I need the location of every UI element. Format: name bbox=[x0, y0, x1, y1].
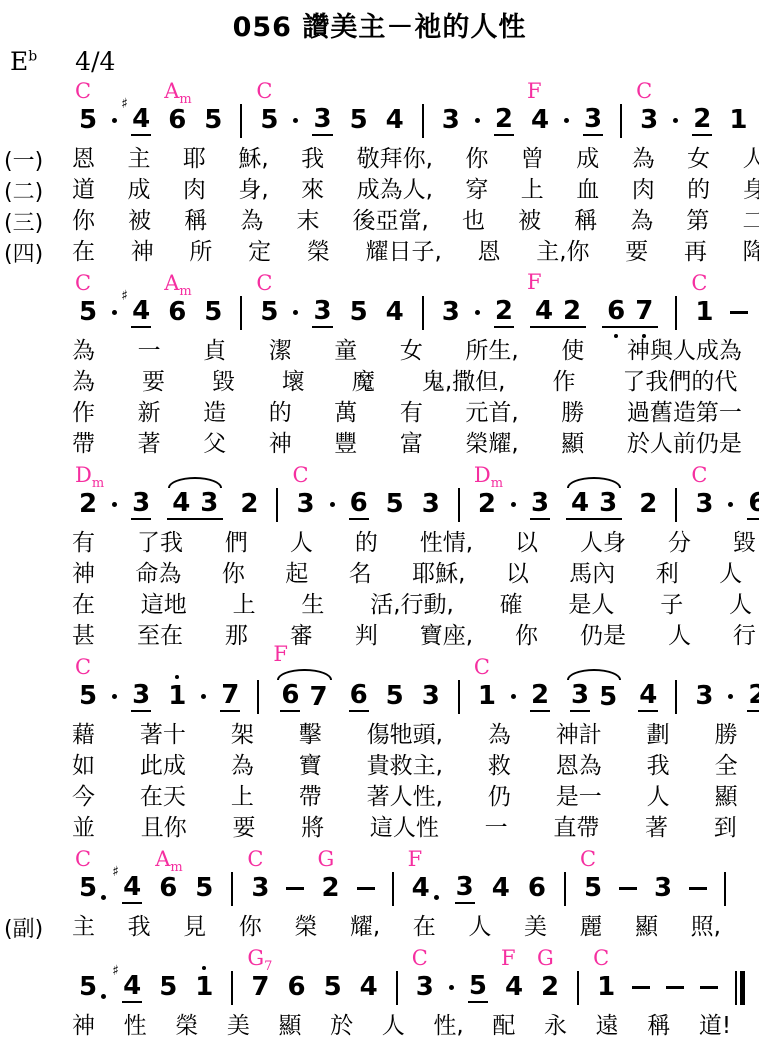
note: 5 bbox=[385, 491, 405, 519]
lyric-syllable: 神 bbox=[269, 433, 292, 456]
lyric-syllable: 神計 bbox=[556, 724, 602, 747]
lyric-syllable: 人 bbox=[468, 916, 491, 939]
chord-subscript: 7 bbox=[264, 959, 272, 974]
chord-label: C bbox=[580, 849, 596, 870]
note: ♯4 bbox=[122, 874, 142, 904]
note-group: 43 bbox=[167, 490, 223, 520]
note: 4 bbox=[638, 682, 658, 712]
note: 5 bbox=[349, 107, 369, 135]
barline bbox=[724, 872, 726, 906]
note-number: 3 bbox=[421, 491, 441, 519]
systems-container: 5C♯46Am55C354324F33C21(一)恩主耶穌,我敬拜你,你曾成為女… bbox=[70, 78, 759, 1042]
lyric-syllable: 毀 bbox=[212, 371, 235, 394]
note-number: 6 bbox=[349, 682, 369, 710]
note-number: 6 bbox=[527, 875, 547, 903]
lyrics-block: 為一貞潔童女所生,使神與人成為一。為要毀壞魔鬼,撒但,作了我們的代替。作新造的萬… bbox=[70, 336, 759, 460]
note: ♯4 bbox=[131, 298, 151, 328]
duration-dot bbox=[293, 310, 298, 315]
chord-label: C bbox=[75, 273, 91, 294]
lyric-line: 並且你要將這人性一直帶著到永遠。 bbox=[70, 813, 759, 844]
lyric-syllable: 擊 bbox=[299, 724, 322, 747]
lyric-syllable: 成 bbox=[576, 148, 599, 171]
duration-dot bbox=[564, 118, 569, 123]
lyric-line: 神性榮美顯於人性,配永遠稱道! bbox=[70, 1011, 745, 1042]
chord-label: C bbox=[593, 948, 609, 969]
lyric-syllable: 榮 bbox=[294, 916, 317, 939]
chord-label: C bbox=[75, 81, 91, 102]
note: 6 bbox=[527, 875, 547, 903]
chord-label: F bbox=[527, 81, 542, 102]
lyric-syllable: 為 bbox=[488, 724, 511, 747]
note-number: 3 bbox=[694, 491, 714, 519]
lyric-syllable: 道! bbox=[699, 1015, 731, 1038]
lyric-syllable: 主,你 bbox=[536, 241, 589, 264]
note-number: 6 bbox=[167, 299, 187, 327]
note-number: 3 bbox=[131, 490, 151, 518]
note-number: 4 bbox=[131, 298, 151, 326]
dash-hold bbox=[357, 887, 375, 890]
music-system: 5C31767F6531C2354321藉著十架擊傷牠頭,為神計劃勝利得。如此成… bbox=[70, 654, 759, 844]
note-number: 5 bbox=[203, 299, 223, 327]
lyric-syllable: 利 bbox=[656, 563, 679, 586]
note: 4 bbox=[359, 974, 379, 1002]
note: 3 bbox=[421, 491, 441, 519]
lyric-syllable: 稱 bbox=[574, 210, 597, 233]
time-signature: 4/4 bbox=[75, 47, 115, 76]
chord-label: G bbox=[317, 849, 334, 870]
lyric-syllable: 子 bbox=[660, 594, 683, 617]
lyrics-block: (副)主我見你榮耀,在人美麗顯照, bbox=[70, 912, 735, 943]
lyric-syllable: 耀日子, bbox=[366, 241, 442, 264]
music-system: 5C♯46Am55C354324F33C21(一)恩主耶穌,我敬拜你,你曾成為女… bbox=[70, 78, 759, 268]
note-number: 4 bbox=[504, 974, 524, 1002]
lyric-syllable: 末 bbox=[296, 210, 319, 233]
note: 5 bbox=[78, 974, 106, 1002]
notation-row: 2Dm34323C6532Dm34323C65 bbox=[70, 485, 759, 525]
lyric-syllable: 上 bbox=[231, 786, 254, 809]
note: 3 bbox=[441, 107, 461, 135]
chord-subscript: m bbox=[92, 476, 104, 491]
lyric-syllable: 帶 bbox=[72, 433, 95, 456]
lyric-syllable: 你 bbox=[465, 148, 488, 171]
lyric-line: 在這地上生活,行動,確是人子人共見; bbox=[70, 590, 759, 621]
note: 5 bbox=[158, 974, 178, 1002]
lyric-syllable: 有 bbox=[72, 532, 95, 555]
note-number: 4 bbox=[638, 682, 658, 710]
duration-dot bbox=[112, 502, 117, 507]
notation-row: 5♯4517G76543C54F2G1C bbox=[70, 968, 745, 1008]
note-number: 1 bbox=[167, 683, 187, 711]
barline bbox=[231, 872, 233, 906]
verse-label: (副) bbox=[4, 912, 43, 943]
note-number: 2 bbox=[530, 682, 550, 710]
lyric-syllable: 顯 bbox=[635, 916, 658, 939]
lyric-syllable: 顯 bbox=[715, 786, 738, 809]
lyric-syllable: 上 bbox=[521, 179, 544, 202]
note: 4 bbox=[385, 299, 405, 327]
note-group: 67 bbox=[602, 298, 658, 328]
barline bbox=[675, 296, 677, 330]
note: 3 bbox=[570, 682, 590, 712]
chord-label: C bbox=[691, 273, 707, 294]
note: 3 bbox=[694, 683, 714, 711]
barline bbox=[240, 104, 242, 138]
note-number: 5 bbox=[385, 491, 405, 519]
note-number: 5 bbox=[158, 974, 178, 1002]
barline bbox=[276, 488, 278, 522]
note: 5C bbox=[583, 875, 603, 903]
augmentation-dot bbox=[434, 895, 439, 900]
lyric-syllable: 們 bbox=[225, 532, 248, 555]
lyric-syllable: 美 bbox=[524, 916, 547, 939]
lyric-syllable: 過舊造第一 bbox=[627, 402, 742, 425]
lyric-syllable: 那 bbox=[225, 625, 248, 648]
note-number: 3 bbox=[653, 875, 673, 903]
note-number: 5 bbox=[194, 875, 214, 903]
lyric-syllable: 使 bbox=[561, 340, 584, 363]
lyric-syllable: 神 bbox=[72, 1015, 95, 1038]
note: 3 bbox=[455, 874, 475, 904]
lyric-syllable: 人 bbox=[290, 532, 313, 555]
duration-dot bbox=[201, 694, 206, 699]
note: 2 bbox=[494, 298, 514, 328]
lyric-syllable: 至在 bbox=[137, 625, 183, 648]
lyric-syllable: 成 bbox=[127, 179, 150, 202]
sharp-icon: ♯ bbox=[112, 865, 119, 879]
lyric-syllable: 神與人成為 bbox=[627, 340, 742, 363]
augmentation-dot bbox=[101, 994, 106, 999]
lyric-syllable: 要 bbox=[625, 241, 648, 264]
note-number: 3 bbox=[598, 490, 618, 518]
lyric-syllable: 為 bbox=[630, 210, 653, 233]
chord-label: C bbox=[636, 81, 652, 102]
lyric-syllable: 確 bbox=[500, 594, 523, 617]
note-number: 6 bbox=[349, 490, 369, 518]
lyric-syllable: 著人性, bbox=[367, 786, 443, 809]
lyric-syllable: 毀 bbox=[733, 532, 756, 555]
lyric-syllable: 萬 bbox=[334, 402, 357, 425]
note: 4F bbox=[530, 107, 550, 135]
lyric-syllable: 血 bbox=[576, 179, 599, 202]
lyric-syllable: 要 bbox=[142, 371, 165, 394]
note-number: 5 bbox=[468, 973, 488, 1001]
lyric-syllable: 性 bbox=[124, 1015, 147, 1038]
lyric-syllable: 元首, bbox=[465, 402, 518, 425]
lyric-syllable: 肉 bbox=[183, 179, 206, 202]
note: 3 bbox=[131, 682, 151, 712]
note: 2G bbox=[540, 974, 560, 1002]
lyric-syllable: 恩 bbox=[72, 148, 95, 171]
note-number: 5 bbox=[78, 974, 98, 1002]
lyric-syllable: 今 bbox=[72, 786, 95, 809]
augmentation-dot bbox=[101, 895, 106, 900]
lyric-syllable: 我 bbox=[128, 916, 151, 939]
lyric-syllable: 富 bbox=[400, 433, 423, 456]
note-number: 1 bbox=[194, 974, 214, 1002]
lyric-syllable: 為 bbox=[240, 210, 263, 233]
key-signature: Eb bbox=[10, 47, 37, 76]
lyric-syllable: 榮 bbox=[175, 1015, 198, 1038]
note-number: 3 bbox=[199, 490, 219, 518]
lyric-syllable: 傷牠頭, bbox=[367, 724, 443, 747]
note-number: 7 bbox=[308, 684, 328, 712]
note-number: 6 bbox=[747, 490, 759, 518]
note-number: 5 bbox=[259, 299, 279, 327]
note: 3 bbox=[530, 490, 550, 520]
lyric-syllable: 作 bbox=[72, 402, 95, 425]
lyric-syllable: 遠 bbox=[596, 1015, 619, 1038]
barline bbox=[458, 680, 460, 714]
lyric-syllable: 審 bbox=[290, 625, 313, 648]
note: 5C bbox=[259, 299, 279, 327]
lyric-syllable: 人 bbox=[719, 563, 742, 586]
note-number: 5 bbox=[385, 683, 405, 711]
barline bbox=[422, 104, 424, 138]
lyric-line: 作新造的萬有元首,勝過舊造第一人。 bbox=[70, 398, 759, 429]
note-number: 3 bbox=[694, 683, 714, 711]
note: 1 bbox=[194, 974, 214, 1002]
note-number: 2 bbox=[692, 106, 712, 134]
note: 3 bbox=[312, 106, 332, 136]
lyric-syllable: 作 bbox=[552, 371, 575, 394]
chord-label: F bbox=[273, 644, 288, 665]
note: 2Dm bbox=[78, 491, 98, 519]
note: 6Am bbox=[167, 299, 187, 327]
duration-dot bbox=[475, 310, 480, 315]
chord-label: G bbox=[537, 948, 554, 969]
lyric-syllable: 降臨; bbox=[743, 241, 759, 264]
note-number: 3 bbox=[312, 106, 332, 134]
lyric-syllable: 顯 bbox=[279, 1015, 302, 1038]
note-number: 7 bbox=[634, 298, 654, 326]
note: 3C bbox=[250, 875, 270, 903]
lyric-syllable: 性情, bbox=[420, 532, 473, 555]
lyric-syllable: 美 bbox=[227, 1015, 250, 1038]
barline bbox=[240, 296, 242, 330]
note: 2 bbox=[494, 106, 514, 136]
lyric-line: (四)在神所定榮耀日子,恩主,你要再降臨; bbox=[70, 237, 759, 268]
note-number: 3 bbox=[639, 107, 659, 135]
note-number: 4 bbox=[385, 107, 405, 135]
note-number: 3 bbox=[530, 490, 550, 518]
note-number: 6 bbox=[286, 974, 306, 1002]
lyrics-block: 有了我們人的性情,以人身分毀古蛇;神命為你起名耶穌,以馬內利人竟稱。在這地上生活… bbox=[70, 528, 759, 652]
music-system: 2Dm34323C6532Dm34323C65有了我們人的性情,以人身分毀古蛇;… bbox=[70, 462, 759, 652]
lyric-syllable: 為 bbox=[72, 371, 95, 394]
note-number: 2 bbox=[320, 875, 340, 903]
note-number: 5 bbox=[78, 107, 98, 135]
chord-label: Dm bbox=[474, 465, 503, 486]
lyric-syllable: 恩 bbox=[478, 241, 501, 264]
note: ♯4 bbox=[131, 106, 151, 136]
lyric-syllable: 救 bbox=[488, 755, 511, 778]
lyric-syllable: 再 bbox=[684, 241, 707, 264]
lyric-line: 如此成為寶貴救主,救恩為我全作成。 bbox=[70, 751, 759, 782]
note-number: 5 bbox=[323, 974, 343, 1002]
lyric-syllable: 並 bbox=[72, 817, 95, 840]
lyrics-block: 神性榮美顯於人性,配永遠稱道! bbox=[70, 1011, 745, 1042]
lyric-syllable: 貴救主, bbox=[367, 755, 443, 778]
lyric-syllable: 全 bbox=[715, 755, 738, 778]
chord-label: Am bbox=[155, 849, 183, 870]
note: 1C bbox=[477, 683, 497, 711]
note: 1C bbox=[596, 974, 616, 1002]
chord-label: C bbox=[75, 657, 91, 678]
duration-dot bbox=[112, 118, 117, 123]
lyric-line: 甚至在那審判寶座,你仍是人行審判; bbox=[70, 621, 759, 652]
chord-label: C bbox=[256, 81, 272, 102]
lyric-syllable: 勝 bbox=[561, 402, 584, 425]
lyric-syllable: 來 bbox=[301, 179, 324, 202]
lyric-syllable: 曾 bbox=[521, 148, 544, 171]
note: 3 bbox=[598, 490, 618, 518]
lyric-syllable: 被 bbox=[518, 210, 541, 233]
duration-dot bbox=[475, 118, 480, 123]
note-number: 2 bbox=[540, 974, 560, 1002]
note: 6Am bbox=[158, 875, 178, 903]
lyric-syllable: 稱 bbox=[184, 210, 207, 233]
lyrics-block: 藉著十架擊傷牠頭,為神計劃勝利得。如此成為寶貴救主,救恩為我全作成。今在天上帶著… bbox=[70, 720, 759, 844]
lyric-line: (三)你被稱為末後亞當,也被稱為第二人; bbox=[70, 206, 759, 237]
note-number: 5 bbox=[78, 875, 98, 903]
note: 6 bbox=[747, 490, 759, 520]
final-barline-thick bbox=[740, 971, 745, 1005]
barline bbox=[675, 488, 677, 522]
lyric-syllable: 將 bbox=[301, 817, 324, 840]
lyric-line: 為要毀壞魔鬼,撒但,作了我們的代替。 bbox=[70, 367, 759, 398]
note-number: 5 bbox=[583, 875, 603, 903]
dash-hold bbox=[730, 311, 748, 314]
lyric-syllable: 魔 bbox=[352, 371, 375, 394]
chord-label: C bbox=[292, 465, 308, 486]
lyric-syllable: 於 bbox=[330, 1015, 353, 1038]
lyric-syllable: 人身 bbox=[580, 532, 626, 555]
chord-label: Am bbox=[164, 81, 192, 102]
lyric-syllable: 了我們的代 bbox=[622, 371, 737, 394]
note: 3 bbox=[312, 298, 332, 328]
note: 4F bbox=[504, 974, 524, 1002]
lyric-syllable: 為 bbox=[72, 340, 95, 363]
note-number: 3 bbox=[455, 874, 475, 902]
lyric-line: (二)道成肉身,來成為人,穿上血肉的身體; bbox=[70, 175, 759, 206]
barline bbox=[577, 971, 579, 1005]
music-system: 5♯4517G76543C54F2G1C神性榮美顯於人性,配永遠稱道! bbox=[70, 945, 745, 1042]
lyric-syllable: 起 bbox=[285, 563, 308, 586]
lyric-syllable: 第 bbox=[686, 210, 709, 233]
lyric-syllable: 穌, bbox=[238, 148, 268, 171]
chord-label: C bbox=[474, 657, 490, 678]
lyric-syllable: 你 bbox=[515, 625, 538, 648]
lyric-syllable: 的 bbox=[687, 179, 710, 202]
notation-row: 5C♯46Am55C3543242F671C bbox=[70, 293, 759, 333]
lyric-syllable: 照, bbox=[691, 916, 721, 939]
note: 1 bbox=[728, 107, 748, 135]
note: 6 bbox=[349, 682, 369, 712]
lyric-syllable: 定 bbox=[248, 241, 271, 264]
lyric-syllable: 父 bbox=[203, 433, 226, 456]
lyric-syllable: 稱 bbox=[647, 1015, 670, 1038]
chord-label: G7 bbox=[247, 948, 272, 969]
note: 3C bbox=[295, 491, 315, 519]
lyric-syllable: 到 bbox=[714, 817, 737, 840]
note-group: 67F bbox=[276, 682, 332, 712]
lyric-syllable: 分 bbox=[668, 532, 691, 555]
lyric-syllable: 二人; bbox=[743, 210, 759, 233]
note: 2 bbox=[530, 682, 550, 712]
note: 5C bbox=[78, 299, 98, 327]
verse-label: (一) bbox=[4, 144, 43, 175]
note-number: 2 bbox=[494, 106, 514, 134]
chord-label: Dm bbox=[75, 465, 104, 486]
chord-label: F bbox=[501, 948, 516, 969]
music-system: 5C♯46Am53C2G4F3465C3(副)主我見你榮耀,在人美麗顯照, bbox=[70, 846, 735, 943]
barline bbox=[231, 971, 233, 1005]
note-number: 3 bbox=[250, 875, 270, 903]
note-number: 5 bbox=[349, 107, 369, 135]
lyric-syllable: 在天 bbox=[140, 786, 186, 809]
duration-dot bbox=[330, 502, 335, 507]
note-number: 3 bbox=[583, 106, 603, 134]
note-number: 3 bbox=[570, 682, 590, 710]
lyric-syllable: 身體; bbox=[743, 179, 759, 202]
note-group: 43 bbox=[566, 490, 622, 520]
note-number: 4 bbox=[122, 973, 142, 1001]
lyric-syllable: 你 bbox=[222, 563, 245, 586]
lyric-syllable: 名 bbox=[349, 563, 372, 586]
note-number: 3 bbox=[415, 974, 435, 1002]
note: 5 bbox=[385, 683, 405, 711]
note: 5 bbox=[349, 299, 369, 327]
lyric-syllable: 的 bbox=[355, 532, 378, 555]
lyric-line: 神命為你起名耶穌,以馬內利人竟稱。 bbox=[70, 559, 759, 590]
lyric-syllable: 藉 bbox=[72, 724, 95, 747]
note-number: 2 bbox=[747, 682, 759, 710]
note-number: 6 bbox=[280, 682, 300, 710]
note: 6 bbox=[286, 974, 306, 1002]
note: 5 bbox=[203, 107, 223, 135]
note: 3C bbox=[415, 974, 435, 1002]
lyric-syllable: 寶 bbox=[299, 755, 322, 778]
lyric-syllable: 榮耀, bbox=[465, 433, 518, 456]
note-number: 2 bbox=[78, 491, 98, 519]
note-number: 2 bbox=[239, 491, 259, 519]
note-number: 5 bbox=[78, 299, 98, 327]
chord-label: F bbox=[408, 849, 423, 870]
lyric-syllable: 劃 bbox=[647, 724, 670, 747]
note: 2G bbox=[320, 875, 340, 903]
note: 3 bbox=[441, 299, 461, 327]
lyric-syllable: 判 bbox=[355, 625, 378, 648]
note: 4 bbox=[534, 298, 554, 326]
note-number: 3 bbox=[131, 682, 151, 710]
lyric-syllable: 敬拜你, bbox=[357, 148, 433, 171]
note: 2 bbox=[638, 491, 658, 519]
lyric-syllable: 永 bbox=[544, 1015, 567, 1038]
lyric-syllable: 要 bbox=[232, 817, 255, 840]
note-group: 35 bbox=[566, 682, 622, 712]
note: 5 bbox=[194, 875, 214, 903]
duration-dot bbox=[293, 118, 298, 123]
lyric-syllable: 成為人, bbox=[357, 179, 433, 202]
lyric-syllable: 且你 bbox=[141, 817, 187, 840]
lyric-syllable: 女 bbox=[687, 148, 710, 171]
note-number: 3 bbox=[295, 491, 315, 519]
note-number: 5 bbox=[259, 107, 279, 135]
note: 5 bbox=[598, 684, 618, 712]
note-number: 6 bbox=[158, 875, 178, 903]
lyric-line: 今在天上帶著人性,仍是一人顯神前。 bbox=[70, 782, 759, 813]
sharp-icon: ♯ bbox=[121, 97, 128, 111]
